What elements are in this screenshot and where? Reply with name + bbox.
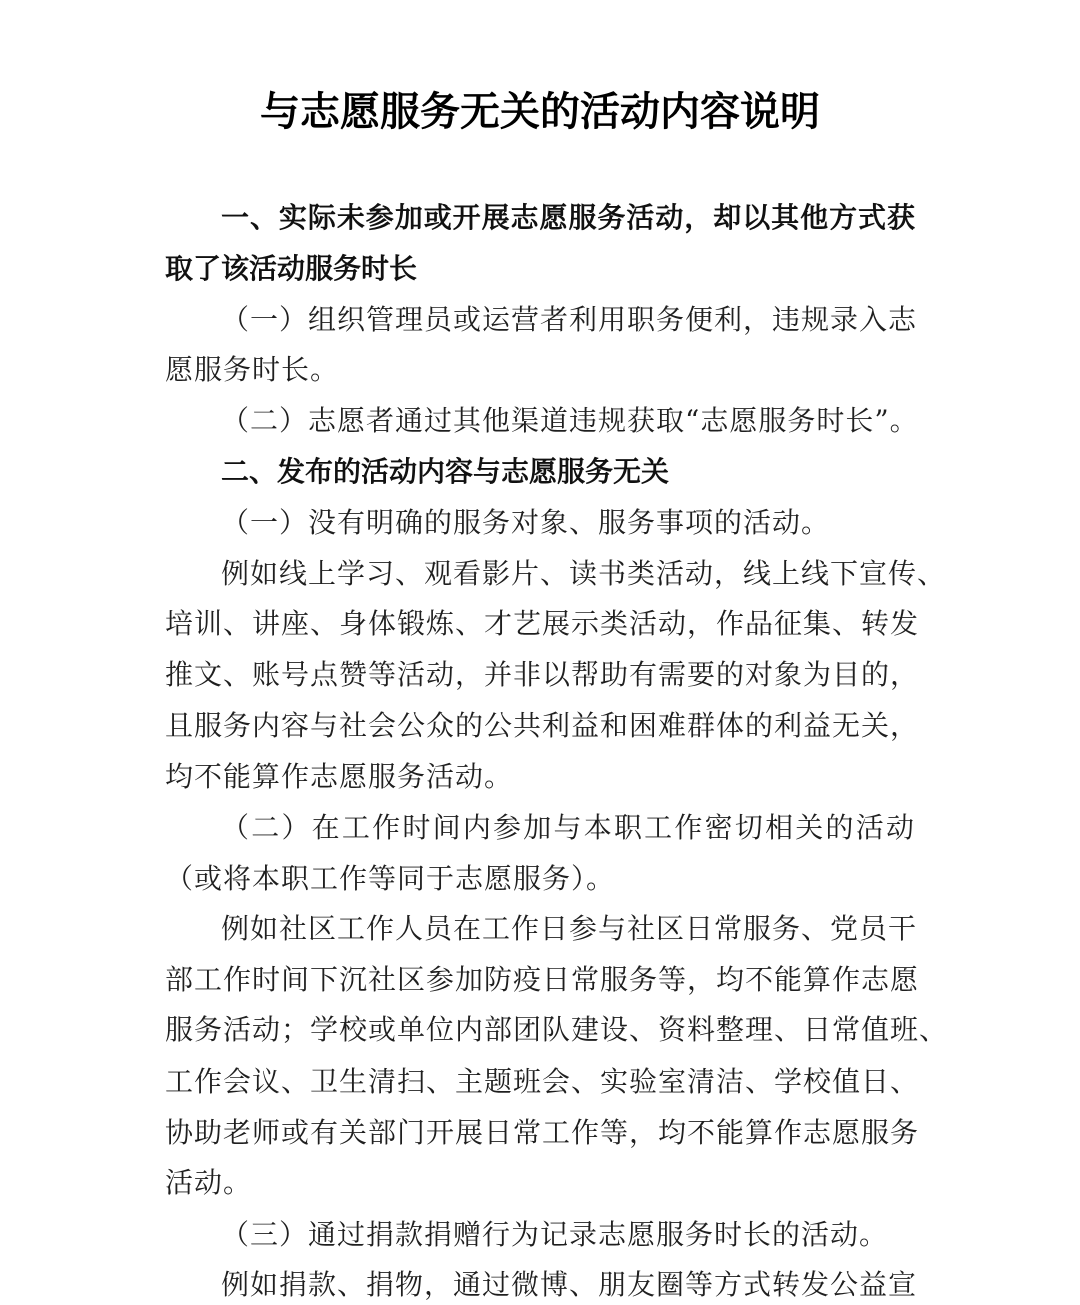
section-1-item-1-line-1: （一）组织管理员或运营者利用职务便利，违规录入志 (221, 294, 915, 346)
section-1-item-1-line-2: 愿服务时长。 (165, 344, 915, 396)
section-2-item-1-para-line-5: 均不能算作志愿服务活动。 (165, 751, 915, 803)
section-2-item-1-heading: （一）没有明确的服务对象、服务事项的活动。 (221, 497, 915, 549)
section-2-item-2-para-line-6: 活动。 (165, 1157, 915, 1209)
section-2-item-2-para-line-4: 工作会议、卫生清扫、主题班会、实验室清洁、学校值日、 (165, 1056, 915, 1108)
section-2-item-3-heading: （三）通过捐款捐赠行为记录志愿服务时长的活动。 (221, 1209, 915, 1261)
section-1-heading-line-2: 取了该活动服务时长 (165, 243, 915, 295)
section-2-item-2-para-line-3: 服务活动；学校或单位内部团队建设、资料整理、日常值班、 (165, 1004, 915, 1056)
section-2-item-2-para-line-1: 例如社区工作人员在工作日参与社区日常服务、党员干 (221, 903, 915, 955)
section-1-heading-line-1: 一、实际未参加或开展志愿服务活动，却以其他方式获 (221, 192, 915, 244)
section-2-item-1-para-line-3: 推文、账号点赞等活动，并非以帮助有需要的对象为目的， (165, 649, 915, 701)
section-2-item-2-para-line-2: 部工作时间下沉社区参加防疫日常服务等，均不能算作志愿 (165, 954, 915, 1006)
section-2-item-1-para-line-4: 且服务内容与社会公众的公共利益和困难群体的利益无关， (165, 700, 915, 752)
section-2-item-2-heading-line-1: （二）在工作时间内参加与本职工作密切相关的活动 (221, 802, 915, 854)
section-1-item-2: （二）志愿者通过其他渠道违规获取“志愿服务时长”。 (221, 395, 915, 447)
section-2-item-1-para-line-1: 例如线上学习、观看影片、读书类活动，线上线下宣传、 (221, 548, 915, 600)
section-2-item-3-para-line-1: 例如捐款、捐物，通过微博、朋友圈等方式转发公益宣 (221, 1259, 915, 1305)
section-2-heading: 二、发布的活动内容与志愿服务无关 (221, 446, 915, 498)
document-page: 与志愿服务无关的活动内容说明 一、实际未参加或开展志愿服务活动，却以其他方式获 … (0, 0, 1080, 1305)
section-2-item-1-para-line-2: 培训、讲座、身体锻炼、才艺展示类活动，作品征集、转发 (165, 598, 915, 650)
section-2-item-2-heading-line-2: （或将本职工作等同于志愿服务）。 (165, 853, 915, 905)
document-title: 与志愿服务无关的活动内容说明 (160, 84, 920, 140)
section-2-item-2-para-line-5: 协助老师或有关部门开展日常工作等，均不能算作志愿服务 (165, 1107, 915, 1159)
